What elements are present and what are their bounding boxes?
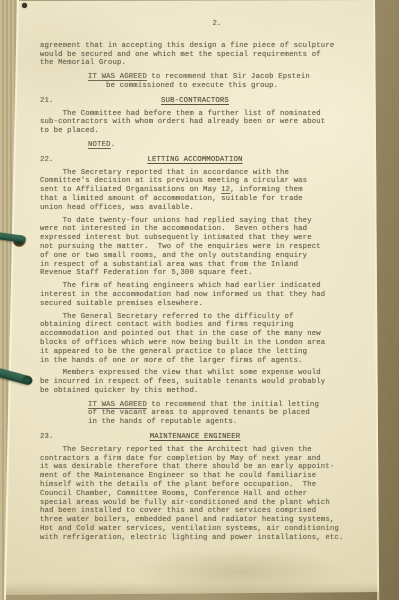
underlined-text: 12 — [221, 186, 230, 194]
text-line: of the vacant areas to approved tenants … — [88, 409, 350, 418]
text-line: Council Chamber, Committee Rooms, Confer… — [40, 490, 350, 499]
text-line: Members expressed the view that whilst s… — [40, 369, 350, 378]
text-line: were not interested in the accommodation… — [40, 225, 350, 234]
resolution-block: NOTED. — [88, 141, 350, 150]
text-line: secured suitable premises elsewhere. — [40, 300, 350, 309]
text-line: obtaining direct contact with bodies and… — [40, 321, 350, 330]
text-line: in the hands of reputable agents. — [88, 418, 350, 427]
text-line: not pursuing the matter. Two of the enqu… — [40, 243, 350, 252]
punch-hole-top-icon — [22, 3, 27, 8]
text-line: of one or two small rooms, and the only … — [40, 252, 350, 261]
underlined-text: IT WAS AGREED — [88, 73, 147, 81]
text-line: sub-contractors with whom orders had alr… — [40, 118, 350, 127]
text-line: had been installed to cover this and oth… — [40, 507, 350, 516]
resolution-block: IT WAS AGREED to recommend that Sir Jaco… — [88, 73, 350, 91]
text-line: IT WAS AGREED to recommend that Sir Jaco… — [88, 73, 350, 82]
section-row: 22.LETTING ACCOMMODATION — [40, 156, 350, 165]
resolution-block: IT WAS AGREED to recommend that the init… — [88, 401, 350, 427]
text-line: in respect of a substantial area was tha… — [40, 261, 350, 270]
scanned-minutes-photo: 2.agreement that in accepting this desig… — [0, 0, 399, 600]
text-line: interest in the accommodation had now in… — [40, 291, 350, 300]
text-line: blocks of offices which were now being b… — [40, 339, 350, 348]
paragraph: Members expressed the view that whilst s… — [40, 369, 350, 395]
text-line: in the hands of one or more of the large… — [40, 357, 350, 366]
section-number: 21. — [40, 97, 54, 106]
paragraph: The Secretary reported that the Architec… — [40, 446, 350, 543]
text-line: expressed interest but subsequently inti… — [40, 234, 350, 243]
text-line: NOTED. — [88, 141, 350, 150]
text-line: with refrigeration, electric lighting an… — [40, 534, 350, 543]
section-row: 21.SUB-CONTRACTORS — [40, 97, 350, 106]
text-line: be commissioned to execute this group. — [88, 82, 350, 91]
text-line: Hot and Cold water services, ventilation… — [40, 525, 350, 534]
text-line: accommodation and pointed out that in th… — [40, 330, 350, 339]
text-line: Revenue Staff Federation for 5,300 squar… — [40, 269, 350, 278]
paragraph: agreement that in accepting this design … — [40, 42, 350, 68]
text-line: be incurred in respect of fees, suitable… — [40, 378, 350, 387]
section-heading: SUB-CONTRACTORS — [40, 97, 350, 106]
text-line: The firm of heating engineers which had … — [40, 282, 350, 291]
text-line: sent to Affiliated Organisations on May … — [40, 186, 350, 195]
text-line: Committee's decision at its previous mee… — [40, 177, 350, 186]
text-line: The Secretary reported that the Architec… — [40, 446, 350, 455]
text-line: three water boilers, embedded panel and … — [40, 516, 350, 525]
page-number: 2. — [40, 20, 350, 29]
text-line: it appeared to be the general practice t… — [40, 348, 350, 357]
text-line: it was desirable therefore that there sh… — [40, 463, 350, 472]
text-line: the Memorial Group. — [40, 59, 350, 68]
paragraph: The firm of heating engineers which had … — [40, 282, 350, 308]
text-line: to be placed. — [40, 127, 350, 136]
text-line: be obtained quicker by this method. — [40, 387, 350, 396]
text-line: that a limited amount of accommodation, … — [40, 195, 350, 204]
text-line: The General Secretary referred to the di… — [40, 313, 350, 322]
paragraph: The General Secretary referred to the di… — [40, 313, 350, 366]
paragraph: The Secretary reported that in accordanc… — [40, 169, 350, 213]
text-line: agreement that in accepting this design … — [40, 42, 350, 51]
section-heading: LETTING ACCOMMODATION — [40, 156, 350, 165]
section-number: 23. — [40, 433, 54, 442]
text-line: ment of the Maintenance Engineer so that… — [40, 472, 350, 481]
text-line: himself with the details of the plant be… — [40, 481, 350, 490]
text-line: union head offices, was available. — [40, 204, 350, 213]
paragraph: To date twenty-four unions had replied s… — [40, 217, 350, 279]
paragraph: The Committee had before them a further … — [40, 110, 350, 136]
section-heading: MAINTENANCE ENGINEER — [40, 433, 350, 442]
text-layer: 2.agreement that in accepting this desig… — [40, 20, 350, 543]
section-row: 23.MAINTENANCE ENGINEER — [40, 433, 350, 442]
underlined-text: IT WAS AGREED — [88, 401, 147, 409]
section-number: 22. — [40, 156, 54, 165]
underlined-text: NOTED — [88, 141, 111, 149]
